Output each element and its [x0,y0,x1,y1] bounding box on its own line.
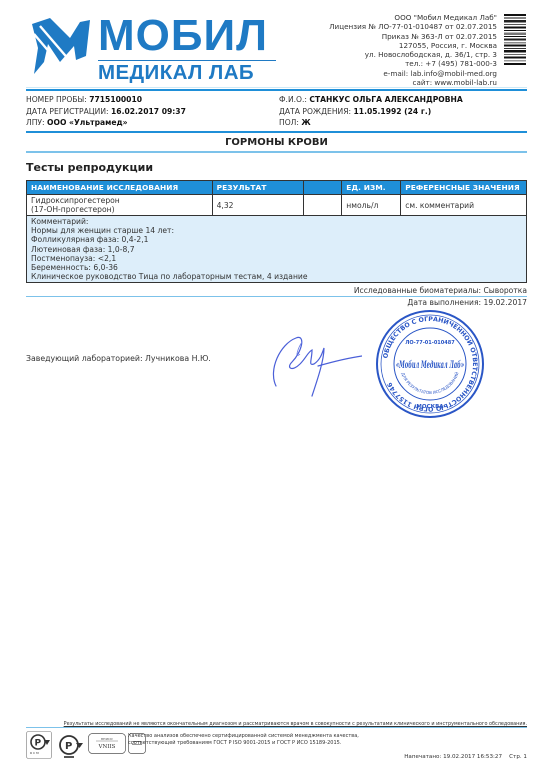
org-line: тел.: +7 (495) 781-000-3 [329,59,497,68]
lpu: ЛПУ: ООО «Ультрамед» [26,117,186,129]
registration-date: ДАТА РЕГИСТРАЦИИ: 16.02.2017 09:37 [26,106,186,118]
org-line: сайт: www.mobil-lab.ru [329,78,497,87]
test-flag [304,195,342,216]
lab-report-page: МОБИЛ МЕДИКАЛ ЛАБ ООО "Мобил Медикал Лаб… [0,0,545,770]
svg-text:Р: Р [65,741,72,752]
comment-row: Комментарий: Нормы для женщин старше 14 … [27,216,527,283]
org-line: e-mail: lab.info@mobil-med.org [329,69,497,78]
org-line: Приказ № 363-Л от 02.07.2015 [329,32,497,41]
header-divider [26,87,527,88]
info-bottom-divider [26,131,527,133]
barcode-icon [504,14,526,66]
signature-icon [262,330,362,398]
vniis-cert-icon: ВНИИС VNIIS [88,731,126,755]
printed-timestamp: Напечатано: 19.02.2017 16:53:27 [404,754,502,760]
column-header-unit: ЕД. ИЗМ. [342,181,401,195]
patient-sex: ПОЛ: Ж [279,117,463,129]
execution-date: Дата выполнения: 19.02.2017 [407,298,527,307]
test-name: Гидроксипрогестерон (17-ОН-прогестерон) [27,195,213,216]
results-table: НАИМЕНОВАНИЕ ИССЛЕДОВАНИЯ РЕЗУЛЬТАТ ЕД. … [26,180,527,283]
section-divider [26,151,527,153]
comment-cell: Комментарий: Нормы для женщин старше 14 … [27,216,527,283]
rst-cert-icon: Р R C M [26,731,52,759]
svg-text:VNIIS: VNIIS [98,744,116,750]
svg-text:ВНИИС: ВНИИС [101,737,114,741]
org-line: 127055, Россия, г. Москва [329,41,497,50]
head-of-laboratory: Заведующий лабораторией: Лучникова Н.Ю. [26,354,211,363]
column-header-result: РЕЗУЛЬТАТ [212,181,304,195]
company-logo: МОБИЛ МЕДИКАЛ ЛАБ [26,14,276,78]
table-header-row: НАИМЕНОВАНИЕ ИССЛЕДОВАНИЯ РЕЗУЛЬТАТ ЕД. … [27,181,527,195]
org-line: ул. Новослободская, д. 36/1, стр. 3 [329,50,497,59]
quality-statement: Качество анализов обеспечено сертифициро… [128,733,359,747]
org-line: ООО "Мобил Медикал Лаб" [329,13,497,22]
logo-text-bottom: МЕДИКАЛ ЛАБ [98,62,254,84]
test-reference: см. комментарий [401,195,527,216]
stamp-icon: ОБЩЕСТВО С ОГРАНИЧЕННОЙ ОТВЕТСТВЕННОСТЬЮ… [374,308,486,420]
sample-number: НОМЕР ПРОБЫ: 7715100010 [26,94,186,106]
svg-text:ДЛЯ РЕЗУЛЬТАТОВ ИССЛЕДОВАНИЙ: ДЛЯ РЕЗУЛЬТАТОВ ИССЛЕДОВАНИЙ [400,371,459,395]
column-header-name: НАИМЕНОВАНИЕ ИССЛЕДОВАНИЯ [27,181,213,195]
page-number: Стр. 1 [509,754,527,760]
svg-text:ЛО-77-01-010487: ЛО-77-01-010487 [405,340,455,346]
column-header-reference: РЕФЕРЕНСНЫЕ ЗНАЧЕНИЯ [401,181,527,195]
org-line: Лицензия № ЛО-77-01-010487 от 02.07.2015 [329,22,497,31]
test-result: 4,32 [212,195,304,216]
birth-date: ДАТА РОЖДЕНИЯ: 11.05.1992 (24 г.) [279,106,463,118]
svg-text:Р: Р [35,739,42,749]
svg-text:«Мобил Медикал Лаб»: «Мобил Медикал Лаб» [396,359,464,371]
mobil-logo-icon [30,16,92,76]
test-unit: нмоль/л [342,195,401,216]
table-row: Гидроксипрогестерон (17-ОН-прогестерон) … [27,195,527,216]
info-top-divider [26,89,527,91]
organization-details: ООО "Мобил Медикал Лаб" Лицензия № ЛО-77… [329,13,497,87]
rst-cert-icon-2: Р [56,731,84,759]
footer-divider [26,727,527,728]
biomaterial-divider [26,296,527,297]
svg-text:R C M: R C M [30,751,39,755]
biomaterial: Исследованные биоматериалы: Сыворотка [354,286,527,295]
section-title: ГОРМОНЫ КРОВИ [26,137,527,148]
column-header-flag [304,181,342,195]
patient-name: Ф.И.О.: СТАНКУС ОЛЬГА АЛЕКСАНДРОВНА [279,94,463,106]
logo-text-top: МОБИЛ [98,14,268,58]
svg-text:МОСКВА: МОСКВА [416,404,444,410]
subsection-title: Тесты репродукции [26,161,153,174]
printed-info: Напечатано: 19.02.2017 16:53:27 Стр. 1 [404,754,527,760]
